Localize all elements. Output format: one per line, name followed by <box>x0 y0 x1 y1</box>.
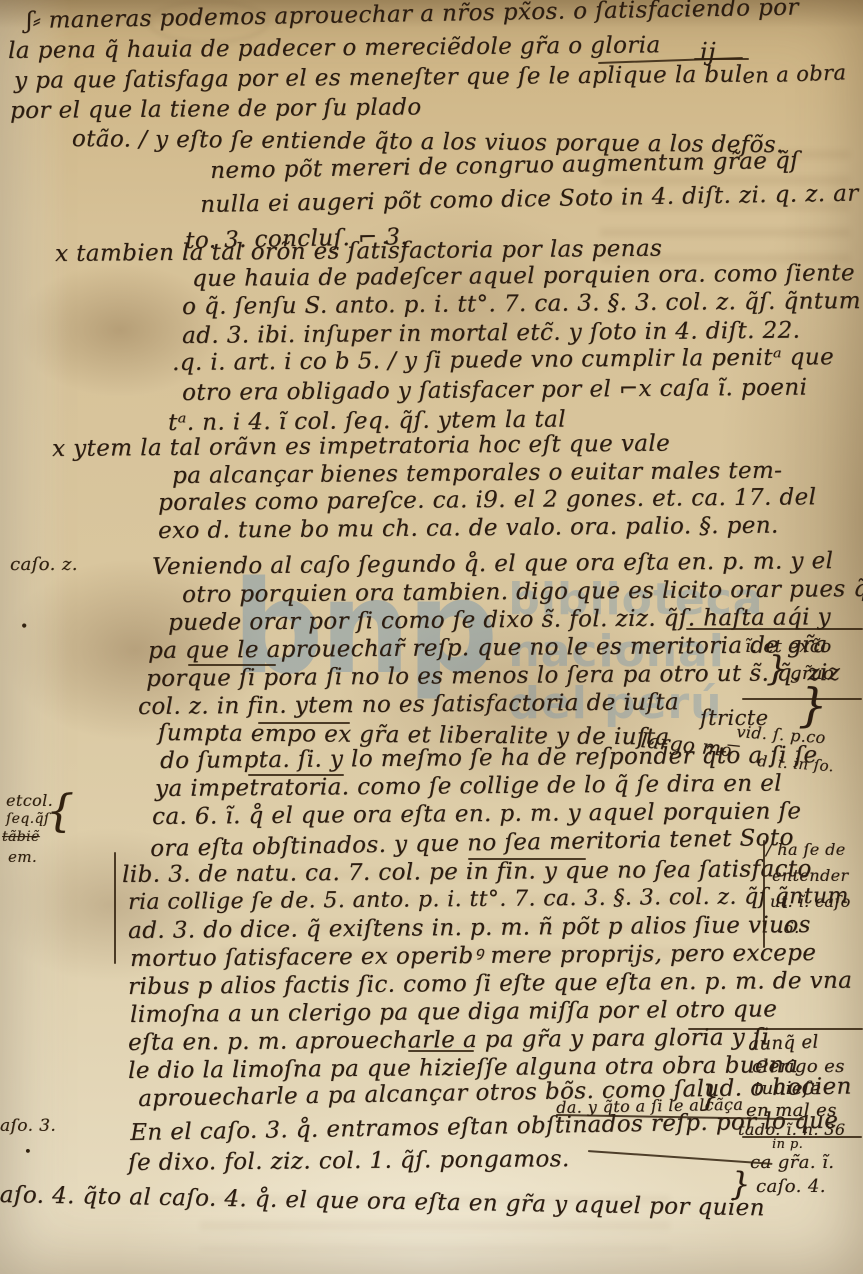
manuscript-line: pa alcançar bienes temporales o euitar m… <box>172 460 782 488</box>
ink-stroke <box>248 774 344 776</box>
ink-stroke <box>588 1150 773 1165</box>
manuscript-line: Veniendo al caſo ſegundo q̊. el que ora … <box>152 550 833 579</box>
annotation-fragment: da. y q̃to a ſi le alcãça <box>556 1097 743 1116</box>
manuscript-line: exo d. tune bo mu ch. ca. de valo. ora. … <box>158 515 779 543</box>
annotation-fragment: aunq̃ el <box>748 1034 819 1054</box>
annotation-fragment: } <box>730 1168 751 1200</box>
margin-note: • <box>20 620 29 634</box>
manuscript-page: bnp biblioteca nacional del perú ʃ⸗ mane… <box>0 0 863 1274</box>
manuscript-line: lib. 3. de natu. ca. 7. col. pe in fin. … <box>122 858 812 887</box>
margin-note: • <box>24 1146 32 1159</box>
ink-stroke <box>742 698 862 700</box>
manuscript-line: que hauia de padeſcer aquel porquien ora… <box>192 262 855 291</box>
annotation-fragment: } <box>798 682 828 728</box>
manuscript-line: ʃ⸗ maneras podemos aprouechar a nr̃os px… <box>26 0 799 33</box>
ink-stroke <box>114 852 116 964</box>
ink-stroke <box>742 1136 862 1138</box>
manuscript-line: por el que la tiene de por ſu plado <box>10 96 422 123</box>
annotation-fragment: en a obra <box>742 62 847 87</box>
manuscript-line: ribus p alios factis ſic. como ſi eſte q… <box>128 970 852 999</box>
manuscript-line: la pena q̃ hauia de padecer o mereciẽdol… <box>8 34 661 63</box>
manuscript-line: col. z. in fin. ytem no es ſatisfactoria… <box>138 691 679 719</box>
manuscript-line: o q̃. ſenſu S. anto. p. i. tt°. 7. ca. 3… <box>182 290 861 319</box>
ink-stroke <box>686 628 863 630</box>
annotation-fragment: clerigo es <box>752 1058 845 1076</box>
annotation-fragment: in p. <box>772 1138 803 1151</box>
manuscript-line: ora eſta obſtinados. y que no ſea merito… <box>150 827 794 861</box>
manuscript-line: mortuo ſatisfacere ex operibꝰ mere propr… <box>130 942 816 971</box>
manuscript-line: nemo põt mereri de congruo augmentum gr̃… <box>210 150 799 183</box>
manuscript-line: .q. i. art. i co b 5. / y ſi puede vno c… <box>172 346 834 375</box>
manuscript-line: otro porquien ora tambien. digo que es l… <box>182 578 863 607</box>
margin-note: tãbiẽ <box>2 830 40 844</box>
manuscript-line: ad. 3. do dice. q̃ exiſtens in. p. m. ñ … <box>128 914 811 943</box>
manuscript-line: tᵃ. n. i 4. ĩ col. ſeq. q̃ſ. ytem la tal <box>168 409 566 435</box>
margin-note: caſo. z. <box>10 556 78 574</box>
annotation-fragment: / ha ſe de <box>766 842 846 858</box>
annotation-fragment: ĩ. et exc̃o <box>745 638 832 656</box>
margin-note: ſeq.q̃ſ <box>6 812 49 826</box>
manuscript-line: nulla ei augeri põt como dice Soto in 4.… <box>200 183 859 217</box>
annotation-fragment: entender <box>772 868 849 884</box>
ink-stroke <box>694 58 749 60</box>
ink-stroke <box>258 722 350 724</box>
manuscript-line: ya impetratoria. como ſe collige de lo q… <box>155 773 782 801</box>
margin-note: em. <box>8 850 37 865</box>
manuscript-line: porales como pareſce. ca. i9. el 2 gones… <box>158 486 816 515</box>
ink-stroke <box>763 840 765 948</box>
ink-stroke <box>188 664 276 666</box>
ink-stroke <box>688 1028 863 1030</box>
annotation-fragment: .6. <box>778 920 800 936</box>
annotation-fragment: ut. ĩ. caſo <box>770 894 851 910</box>
annotation-fragment: ij <box>700 40 716 64</box>
margin-note: aſo. 3. <box>0 1118 56 1135</box>
manuscript-line: ad. 3. ibi. inſuper in mortal etc̃. y ſo… <box>182 320 800 348</box>
manuscript-line: otro era obligado y ſatisfacer por el ⌐x… <box>182 377 807 405</box>
manuscript-line: ſe dixo. fol. ziz. col. 1. q̃ſ. pongamos… <box>128 1148 570 1175</box>
handwriting-layer: ʃ⸗ maneras podemos aprouechar a nr̃os px… <box>0 0 863 1274</box>
manuscript-line: ca. 6. ĩ. q̊ el que ora eſta en. p. m. y… <box>152 800 801 829</box>
ink-stroke <box>408 1050 474 1052</box>
annotation-fragment: tuuieſe <box>754 1080 821 1098</box>
annotation-fragment: caſo. 4. <box>756 1178 826 1196</box>
manuscript-line: puede orar por ſi como ſe dixo s̃. fol. … <box>168 606 831 635</box>
ink-stroke <box>468 858 586 860</box>
manuscript-line: pa que le aprouechar̃ reſp. que no le es… <box>148 634 828 663</box>
manuscript-line: ria collige ſe de. 5. anto. p. i. tt°. 7… <box>128 886 849 914</box>
manuscript-line: x ytem la tal orãvn es impetratoria hoc … <box>52 433 670 461</box>
manuscript-line: En el caſo. 3. q̊. entramos eſtan obſtin… <box>130 1110 839 1145</box>
margin-note: { <box>46 790 74 834</box>
manuscript-line: porque ſi pora ſi no lo es menos lo ſera… <box>146 662 840 691</box>
manuscript-line: aſo. 4. q̃to al caſo. 4. q̊. el que ora … <box>0 1184 765 1220</box>
manuscript-line: y pa que ſatisfaga por el es meneſter qu… <box>14 64 743 93</box>
manuscript-line: limoſna a un clerigo pa que diga miſſa p… <box>130 998 777 1027</box>
annotation-fragment: } <box>766 652 788 686</box>
